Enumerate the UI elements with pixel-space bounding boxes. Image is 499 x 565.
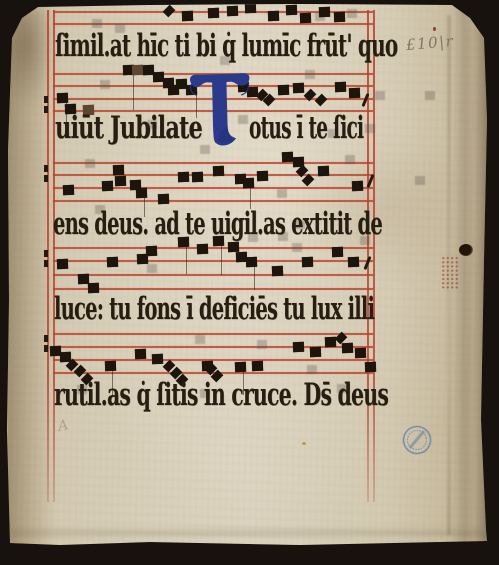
neume xyxy=(310,347,321,357)
pricking-dots xyxy=(441,256,460,289)
neume xyxy=(293,83,304,93)
ghost-mark xyxy=(92,19,102,28)
neume xyxy=(349,88,360,98)
staff-line xyxy=(53,260,373,262)
neume xyxy=(352,181,363,191)
parchment-leaf: ſimil.at hīc ti bi q̇ lumīc frūt' quo ui… xyxy=(0,0,499,565)
red-speck xyxy=(433,27,436,31)
margin-tick xyxy=(44,250,48,257)
neume xyxy=(135,349,146,359)
neume xyxy=(365,362,376,372)
margin-tick xyxy=(44,96,48,103)
staff-line xyxy=(53,359,373,361)
neume-stem xyxy=(221,245,222,275)
neume xyxy=(146,246,157,256)
neume xyxy=(192,172,203,182)
neume xyxy=(282,152,293,162)
ghost-mark xyxy=(345,155,355,164)
neume xyxy=(102,181,113,191)
margin-tick xyxy=(44,260,48,267)
neume xyxy=(278,85,289,95)
neume xyxy=(245,3,256,13)
staff-line xyxy=(53,200,373,202)
neume-stem xyxy=(133,74,134,110)
ghost-mark xyxy=(415,176,425,185)
orange-speck xyxy=(302,442,306,445)
chant-text-line-2-right: otus ī te ſici xyxy=(249,110,363,145)
ghost-mark xyxy=(305,70,315,79)
ghost-mark xyxy=(85,159,95,168)
neume xyxy=(63,185,74,195)
staff-line xyxy=(53,288,373,290)
ghost-mark xyxy=(375,91,385,100)
neume xyxy=(302,257,313,267)
neume xyxy=(105,361,116,371)
ghost-mark xyxy=(425,91,435,100)
neume xyxy=(319,7,330,17)
neume xyxy=(318,166,329,176)
neume-stem xyxy=(254,266,255,290)
neume xyxy=(252,361,263,371)
margin-tick xyxy=(44,335,48,342)
neume xyxy=(57,259,68,269)
ghost-mark xyxy=(100,80,110,89)
ghost-mark xyxy=(307,365,317,374)
staff-line xyxy=(53,333,373,335)
staff-line xyxy=(53,274,373,276)
neume xyxy=(197,244,208,254)
bottom-crease xyxy=(10,526,485,536)
neume xyxy=(132,65,143,75)
ink-blot xyxy=(459,244,473,256)
neume xyxy=(213,166,224,176)
neume xyxy=(113,165,124,175)
margin-tick xyxy=(44,106,48,113)
photo-frame: ſimil.at hīc ti bi q̇ lumīc frūt' quo ui… xyxy=(0,0,499,565)
ghost-mark xyxy=(195,335,205,344)
neume xyxy=(227,6,238,16)
neume xyxy=(342,343,353,353)
staff-line xyxy=(53,247,373,249)
neume xyxy=(334,12,345,22)
ghost-mark xyxy=(147,264,157,273)
neume xyxy=(228,242,239,252)
neume xyxy=(335,82,346,92)
neume xyxy=(286,5,297,15)
neume xyxy=(182,11,193,21)
illuminated-initial-T xyxy=(185,69,255,153)
neume xyxy=(115,176,126,186)
vertical-rule xyxy=(53,10,55,502)
ghost-mark xyxy=(347,9,357,18)
neume xyxy=(136,188,147,198)
neume-stem xyxy=(186,246,187,274)
neume xyxy=(355,348,366,358)
ghost-mark xyxy=(292,243,302,252)
neume xyxy=(348,257,359,267)
neume xyxy=(300,13,311,23)
staff-line xyxy=(53,162,373,164)
neume xyxy=(268,11,279,21)
chant-text-line-2-left: uiūt Jubilate xyxy=(55,110,202,145)
neume xyxy=(257,171,268,181)
ghost-mark xyxy=(277,189,287,198)
chant-text-line-4: luce: tu fons ī deficiēs tu lux illi xyxy=(54,291,374,326)
chant-text-line-5: rutil.as q̇ ſitis in cruce. Ds̄ deus xyxy=(54,377,388,412)
neume xyxy=(208,8,219,18)
margin-tick xyxy=(44,345,48,352)
neume xyxy=(293,342,304,352)
neume xyxy=(178,172,189,182)
neume xyxy=(246,257,257,267)
neume xyxy=(235,362,246,372)
chant-text-line-1: ſimil.at hīc ti bi q̇ lumīc frūt' quo xyxy=(55,28,397,63)
neume xyxy=(158,194,169,204)
margin-tick xyxy=(44,175,48,182)
margin-tick xyxy=(44,165,48,172)
chant-text-line-3: ens deus. ad te uigil.as extitit de xyxy=(53,206,382,241)
ghost-mark xyxy=(257,340,267,349)
neume xyxy=(272,266,283,276)
neume xyxy=(243,178,254,188)
staff-line xyxy=(53,187,373,189)
vertical-rule xyxy=(373,10,375,502)
neume xyxy=(152,354,163,364)
neume xyxy=(107,257,118,267)
ghost-mark xyxy=(365,124,375,133)
neume xyxy=(332,247,343,257)
neume xyxy=(57,93,68,103)
